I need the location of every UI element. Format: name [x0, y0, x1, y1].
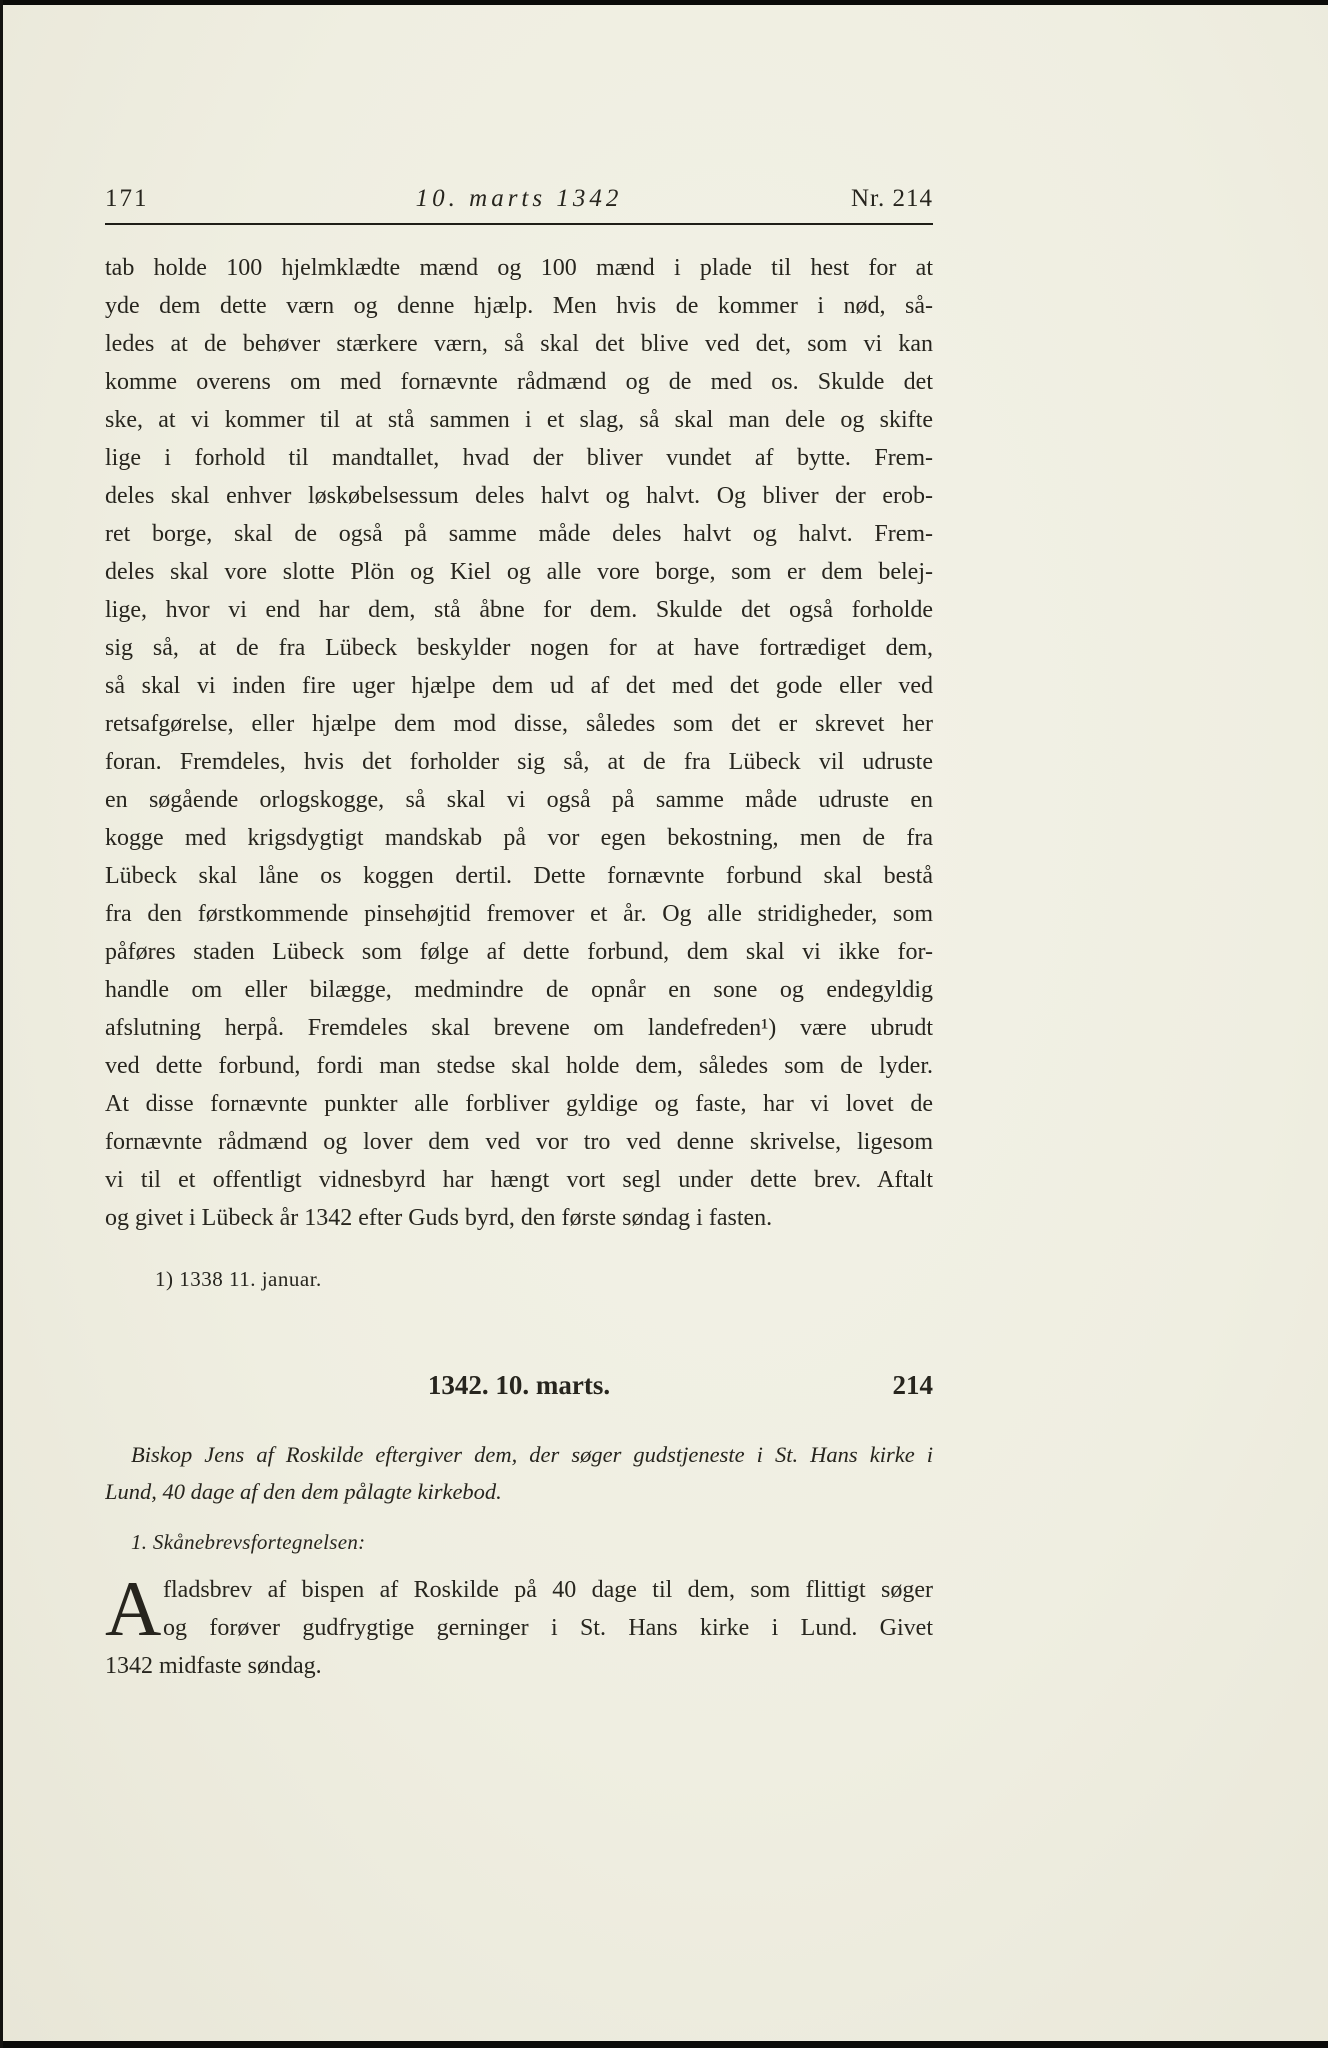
text-line: deles skal vore slotte Plön og Kiel og a… — [105, 553, 933, 591]
text-line: og givet i Lübeck år 1342 efter Guds byr… — [105, 1199, 933, 1237]
document-body-text: tab holde 100 hjelmklædte mænd og 100 mæ… — [105, 249, 933, 1237]
entry-date-heading: 1342. 10. marts. — [105, 1370, 933, 1401]
text-line: lige, hvor vi end har dem, stå åbne for … — [105, 591, 933, 629]
text-line: fornævnte rådmænd og lover dem ved vor t… — [105, 1123, 933, 1161]
text-line: ske, at vi kommer til at stå sammen i et… — [105, 401, 933, 439]
text-line: påføres staden Lübeck som følge af dette… — [105, 933, 933, 971]
scan-edge-top — [0, 0, 1328, 5]
running-header: 171 10. marts 1342 Nr. 214 — [105, 185, 933, 221]
text-line: sig så, at de fra Lübeck beskylder nogen… — [105, 629, 933, 667]
text-line: Biskop Jens af Roskilde eftergiver dem, … — [105, 1436, 933, 1473]
running-title: 10. marts 1342 — [105, 185, 933, 213]
text-line: afslutning herpå. Fremdeles skal brevene… — [105, 1009, 933, 1047]
text-line: ret borge, skal de også på samme måde de… — [105, 515, 933, 553]
text-line: og forøver gudfrygtige gerninger i St. H… — [105, 1609, 933, 1647]
entry-body-text: A fladsbrev af bispen af Roskilde på 40 … — [105, 1571, 933, 1685]
footnote: 1) 1338 11. januar. — [105, 1267, 933, 1292]
text-line: en søgående orlogskogge, så skal vi også… — [105, 781, 933, 819]
text-line: fladsbrev af bispen af Roskilde på 40 da… — [105, 1571, 933, 1609]
scan-edge-left — [0, 0, 3, 2048]
text-line: ved dette forbund, fordi man stedse skal… — [105, 1047, 933, 1085]
text-line: så skal vi inden fire uger hjælpe dem ud… — [105, 667, 933, 705]
text-line: At disse fornævnte punkter alle forblive… — [105, 1085, 933, 1123]
header-rule — [105, 223, 933, 225]
text-line: vi til et offentligt vidnesbyrd har hæng… — [105, 1161, 933, 1199]
text-line: 1342 midfaste søndag. — [105, 1647, 933, 1685]
entry-number: 214 — [893, 1370, 934, 1401]
text-line: kogge med krigsdygtigt mandskab på vor e… — [105, 819, 933, 857]
entry-source-label: 1. Skånebrevsfortegnelsen: — [105, 1530, 933, 1555]
text-line: tab holde 100 hjelmklædte mænd og 100 mæ… — [105, 249, 933, 287]
drop-cap-letter: A — [105, 1573, 161, 1645]
entry-body-lines: fladsbrev af bispen af Roskilde på 40 da… — [105, 1571, 933, 1685]
text-line: deles skal enhver løskøbelsessum deles h… — [105, 477, 933, 515]
text-line: yde dem dette værn og denne hjælp. Men h… — [105, 287, 933, 325]
text-line: lige i forhold til mandtallet, hvad der … — [105, 439, 933, 477]
text-line: Lund, 40 dage af den dem pålagte kirkebo… — [105, 1473, 933, 1510]
entry-regest: Biskop Jens af Roskilde eftergiver dem, … — [105, 1436, 933, 1510]
entry-heading-row: 1342. 10. marts. 214 — [105, 1370, 933, 1410]
scanned-book-page: 171 10. marts 1342 Nr. 214 tab holde 100… — [0, 0, 1328, 2048]
page-content: 171 10. marts 1342 Nr. 214 tab holde 100… — [105, 185, 933, 1685]
scan-edge-bottom — [0, 2041, 1328, 2048]
text-line: fra den førstkommende pinsehøjtid fremov… — [105, 895, 933, 933]
text-line: retsafgørelse, eller hjælpe dem mod diss… — [105, 705, 933, 743]
text-line: komme overens om med fornævnte rådmænd o… — [105, 363, 933, 401]
text-line: handle om eller bilægge, medmindre de op… — [105, 971, 933, 1009]
text-line: foran. Fremdeles, hvis det forholder sig… — [105, 743, 933, 781]
text-line: Lübeck skal låne os koggen dertil. Dette… — [105, 857, 933, 895]
text-line: ledes at de behøver stærkere værn, så sk… — [105, 325, 933, 363]
